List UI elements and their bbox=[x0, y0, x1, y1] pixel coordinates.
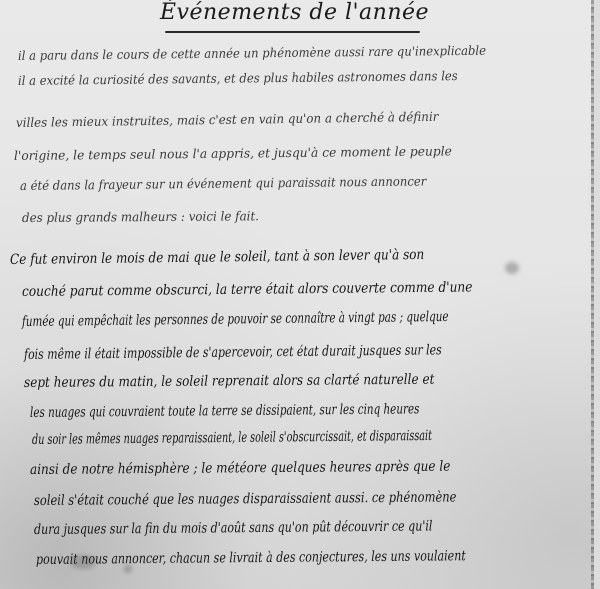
paragraph-2-line: sept heures du matin, le soleil reprenai… bbox=[24, 372, 434, 391]
paragraph-1-line: villes les mieux instruites, mais c'est … bbox=[16, 109, 439, 130]
paragraph-1-line: il a excité la curiosité des savants, et… bbox=[18, 68, 458, 88]
paragraph-2-line: soleil s'était couché que les nuages dis… bbox=[34, 489, 457, 509]
paragraph-2-line: fois même il était impossible de s'aperc… bbox=[24, 342, 442, 363]
ink-stain bbox=[70, 555, 96, 569]
manuscript-page: Événements de l'année il a paru dans le … bbox=[0, 0, 600, 589]
paragraph-2-line: les nuages qui couvraient toute la terre… bbox=[30, 401, 419, 421]
paragraph-2-line: du soir les mêmes nuages reparaissaient,… bbox=[32, 428, 432, 448]
ink-stain bbox=[505, 262, 519, 274]
paragraph-1-line: l'origine, le temps seul nous l'a appris… bbox=[14, 143, 452, 163]
page-margin bbox=[594, 0, 600, 589]
paragraph-1-line: a été dans la frayeur sur un événement q… bbox=[20, 173, 426, 193]
paragraph-2-line: Ce fut environ le mois de mai que le sol… bbox=[10, 247, 424, 268]
paragraph-2-line: fumée qui empêchait les personnes de pou… bbox=[22, 309, 449, 330]
paragraph-2-line: pouvait nous annoncer, chacun se livrait… bbox=[36, 548, 466, 568]
paragraph-2-line: ainsi de notre hémisphère ; le météore q… bbox=[30, 459, 450, 478]
page-title: Événements de l'année bbox=[160, 0, 429, 25]
paragraph-1-line: des plus grands malheurs : voici le fait… bbox=[22, 208, 259, 225]
ink-stain bbox=[124, 565, 132, 573]
paragraph-2-line: dura jusques sur la fin du mois d'août s… bbox=[34, 518, 432, 538]
title-underline bbox=[165, 31, 420, 33]
paragraph-2-line: couché parut comme obscurci, la terre ét… bbox=[22, 279, 473, 300]
paragraph-1-line: il a paru dans le cours de cette année u… bbox=[18, 43, 486, 63]
